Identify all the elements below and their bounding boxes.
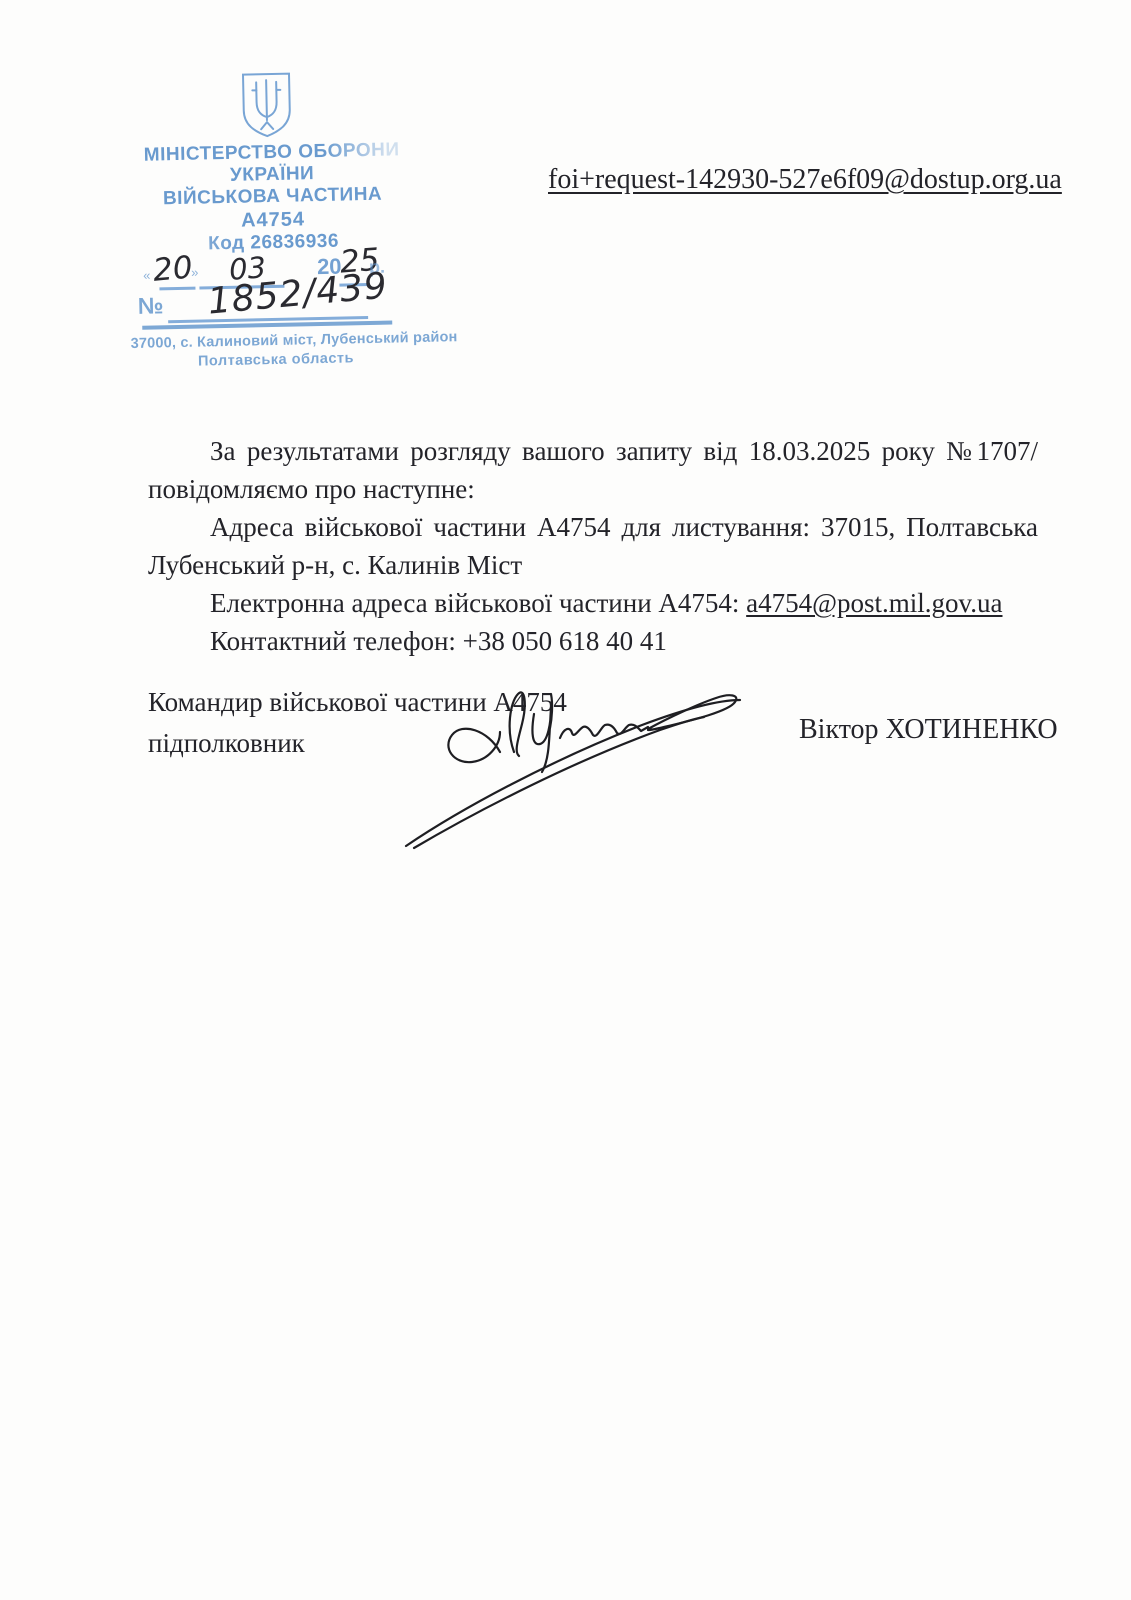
body-line-6: Контактний телефон: +38 050 618 40 41	[148, 622, 1038, 660]
handwritten-day: 20	[152, 249, 195, 288]
stamp-address-line1: 37000, с. Калиновий міст, Лубенський рай…	[130, 330, 420, 352]
scanned-letter-page: МІНІСТЕРСТВО ОБОРОНИ УКРАЇНИ ВІЙСЬКОВА Ч…	[0, 0, 1131, 1600]
stamp-open-quote: «	[143, 268, 151, 283]
signer-name: Віктор ХОТИНЕНКО	[799, 714, 1058, 746]
letter-body: За результатами розгляду вашого запиту в…	[148, 432, 1038, 660]
unit-stamp: МІНІСТЕРСТВО ОБОРОНИ УКРАЇНИ ВІЙСЬКОВА Ч…	[125, 57, 422, 378]
recipient-email: foi+request-142930-527e6f09@dostup.org.u…	[548, 164, 1062, 196]
stamp-address-line2: Полтавська область	[131, 349, 421, 371]
body-line-5: Електронна адреса військової частини А47…	[148, 584, 1038, 622]
handwritten-signature	[392, 680, 744, 850]
email-label: Електронна адреса військової частини А47…	[210, 588, 746, 618]
stamp-number-label: №	[138, 292, 164, 320]
body-line-3: Адреса військової частини А4754 для лист…	[148, 508, 1038, 546]
unit-email-address: a4754@post.mil.gov.ua	[746, 588, 1002, 618]
ukraine-trident-icon	[240, 72, 293, 139]
body-line-1: За результатами розгляду вашого запиту в…	[148, 432, 1038, 470]
body-line-2: повідомляємо про наступне:	[148, 470, 1038, 508]
body-line-4: Лубенський р-н, с. Калинів Міст	[148, 546, 1038, 584]
stamp-close-quote: »	[191, 265, 199, 280]
